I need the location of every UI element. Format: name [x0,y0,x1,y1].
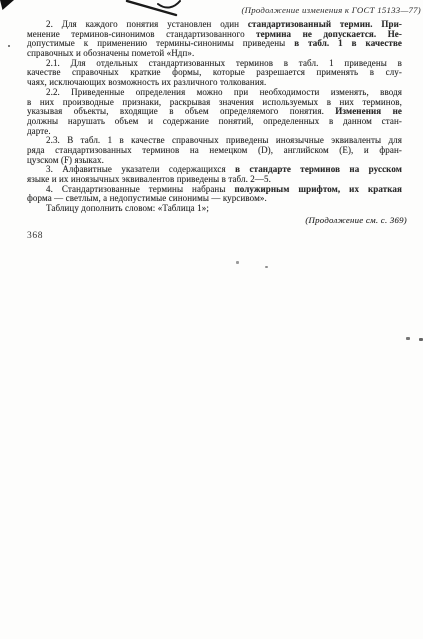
page-number: 368 [27,231,43,241]
text-line: Таблицу дополнить словом: «Таблица 1»; [27,204,402,214]
text-segment: в них производные признаки, раскрывая зн… [27,97,402,107]
text-segment: указывая объекты, входящие в объем опред… [27,106,335,116]
text-segment: допустимые к применению термины-синонимы… [27,38,294,48]
bold-text-segment: полужирным шрифтом, их краткая [234,184,402,194]
scan-speck [265,266,268,268]
bold-text-segment: в стандарте терминов на русском [235,164,402,174]
scan-speck [419,338,423,341]
text-segment: справочных и обозначены пометой «Ндп». [27,48,194,58]
text-segment: 2.3. В табл. 1 в качестве справочных при… [46,135,402,145]
text-segment: (Продолжение см. с. 369) [305,215,407,225]
text-segment: 2.2. Приведенные определения можно при н… [46,87,402,97]
text-segment: 2. Для каждого понятия установлен один [46,19,248,29]
text-segment: цузском (F) языках. [27,155,104,165]
text-segment: языке и их иноязычных эквивалентов приве… [27,174,271,184]
scan-speck [8,45,10,47]
text-line: должны нарушать объем и содержание понят… [27,117,402,127]
text-segment: форма — светлым, а недопустимые синонимы… [27,193,267,203]
bold-text-segment: в табл. 1 в качестве [294,38,402,48]
bold-text-segment: стандартизованный термин. При- [248,19,402,29]
text-block: 2. Для каждого понятия установлен один с… [27,20,402,225]
continuation-header: (Продолжение изменения к ГОСТ 15133—77) [241,5,421,15]
text-segment: ряда стандартизованных терминов на немец… [27,145,402,155]
bold-text-segment: Изменения не [335,106,402,116]
text-segment: 2.1. Для отдельных стандартизованных тер… [46,58,402,68]
bold-text-segment: термина не допускается. Не- [256,29,402,39]
text-line: (Продолжение см. с. 369) [27,216,407,226]
corner-ink-mark [0,0,14,10]
scanned-document-page: (Продолжение изменения к ГОСТ 15133—77) … [0,0,423,639]
text-segment: менение терминов-синонимов стандартизова… [27,29,256,39]
pen-stroke-mark [120,0,192,18]
text-segment: Таблицу дополнить словом: «Таблица 1»; [46,203,209,213]
text-segment: должны нарушать объем и содержание понят… [27,116,402,126]
text-segment: дарте. [27,126,51,136]
scan-speck [406,337,410,340]
text-segment: качестве справочных краткие формы, котор… [27,67,402,77]
text-segment: 4. Стандартизованные термины набраны [46,184,234,194]
scan-speck [236,261,239,264]
text-segment: чаях, исключающих возможность их различн… [27,77,266,87]
text-segment: 3. Алфавитные указатели содержащихся [46,164,235,174]
